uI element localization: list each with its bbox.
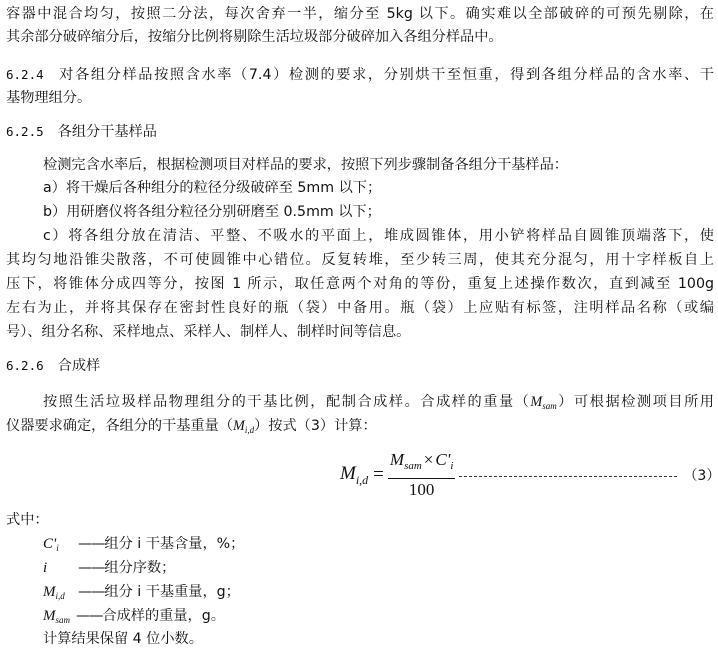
section-6-2-6-para-line-2: 仪器要求确定，各组分的干基重量（Mi,d）按式（3）计算： xyxy=(6,415,377,437)
definition-symbol: i xyxy=(43,557,78,579)
subscript: sam xyxy=(404,460,422,472)
section-text: 对各组分样品按照含水率（7.4）检测的要求，分别烘干至恒重，得到各组分样品的含水… xyxy=(58,67,714,83)
section-6-2-4-line-1: 6.2.4对各组分样品按照含水率（7.4）检测的要求，分别烘干至恒重，得到各组分… xyxy=(6,64,714,86)
definition-m-sam: Msam——合成样的重量，g。 xyxy=(43,605,225,627)
section-6-2-5-intro: 检测完含水率后，根据检测项目对样品的要求，按照下列步骤制备各组分干基样品： xyxy=(43,154,568,176)
denominator: 100 xyxy=(409,479,435,501)
precision-note: 计算结果保留 4 位小数。 xyxy=(43,628,203,650)
symbol: i xyxy=(43,560,47,576)
em-dash: —— xyxy=(76,608,102,624)
em-dash: —— xyxy=(78,560,104,576)
symbol: M xyxy=(43,584,56,600)
numerator: Msam×C'i xyxy=(388,450,456,479)
step-c-line-3: 压下，将锥体分成四等分，按图 1 所示，取任意两个对角的等份，重复上述操作数次，… xyxy=(6,273,714,295)
step-a: a）将干燥后各种组分的粒径分级破碎至 5mm 以下； xyxy=(43,177,381,199)
intro-line-2: 其余部分破碎缩分后，按缩分比例将剔除生活垃圾部分破碎加入各组分样品中。 xyxy=(6,26,503,48)
formula-3: Mi,d = Msam×C'i 100 （3） xyxy=(340,450,718,500)
equation-number: （3） xyxy=(683,465,718,485)
subscript: i,d xyxy=(245,425,254,435)
definition-c-i: C'i——组分 i 干基含量，%； xyxy=(43,533,244,555)
definition-symbol: C'i xyxy=(43,533,78,559)
step-b: b）用研磨仪将各组分粒径分别研磨至 0.5mm 以下； xyxy=(43,201,381,223)
section-number: 6.2.6 xyxy=(6,358,44,373)
section-6-2-4-line-2: 基物理组分。 xyxy=(6,87,91,109)
symbol: M xyxy=(233,418,245,434)
intro-line-1: 容器中混合均匀，按照二分法，每次舍弃一半，缩分至 5kg 以下。确实难以全部破碎… xyxy=(6,3,714,25)
definition-text: 组分 i 干基重量，g； xyxy=(104,584,239,600)
symbol: M xyxy=(340,463,356,484)
step-c-line-1: c）将各组分放在清洁、平整、不吸水的平面上，堆成圆锥体，用小铲将样品自圆锥顶端落… xyxy=(43,225,714,247)
where-label: 式中： xyxy=(6,509,49,531)
step-c-line-5: 号）、组分名称、采样地点、采样人、制样人、制样时间等信息。 xyxy=(6,321,410,343)
subscript: sam xyxy=(542,401,557,411)
symbol: C' xyxy=(43,536,56,552)
subscript: sam xyxy=(56,615,71,625)
em-dash: —— xyxy=(78,536,104,552)
definition-text: 组分 i 干基含量，%； xyxy=(104,536,244,552)
para-text: 仪器要求确定，各组分的干基重量（ xyxy=(6,418,233,434)
symbol: M xyxy=(390,450,404,469)
document-page: 容器中混合均匀，按照二分法，每次舍弃一半，缩分至 5kg 以下。确实难以全部破碎… xyxy=(0,0,718,651)
step-c-line-2: 其均匀地沿锥尖散落，不可使圆锥中心错位。反复转堆，至少转三周，使其充分混匀，用十… xyxy=(6,249,714,271)
section-6-2-5-heading: 6.2.5各组分干基样品 xyxy=(6,121,157,143)
fraction: Msam×C'i 100 xyxy=(388,450,456,501)
section-6-2-6-heading: 6.2.6合成样 xyxy=(6,355,100,377)
subscript: i xyxy=(56,543,59,553)
para-text: ）按式（3）计算： xyxy=(254,418,377,434)
definition-text: 合成样的重量，g。 xyxy=(102,608,225,624)
symbol: M xyxy=(530,394,542,410)
step-c-line-4: 左右为止，并将其保存在密封性良好的瓶（袋）中备用。瓶（袋）上应贴有标签，注明样品… xyxy=(6,297,714,319)
definition-i: i——组分序数； xyxy=(43,557,175,579)
dotted-leader xyxy=(459,476,677,477)
em-dash: —— xyxy=(78,584,104,600)
para-text: 按照生活垃圾样品物理组分的干基比例，配制合成样。合成样的重量（ xyxy=(43,394,530,410)
definition-symbol: Mi,d xyxy=(43,581,78,607)
para-text: ）可根据检测项目所用 xyxy=(557,394,714,410)
subscript: i,d xyxy=(356,473,368,487)
m-id-symbol: Mi,d xyxy=(233,418,254,434)
section-title: 合成样 xyxy=(58,358,101,374)
equals-sign: = xyxy=(373,464,384,486)
formula-lhs: Mi,d xyxy=(340,463,368,488)
section-title: 各组分干基样品 xyxy=(58,124,157,140)
symbol: M xyxy=(43,608,56,624)
symbol: C' xyxy=(435,450,450,469)
m-sam-symbol: Msam xyxy=(530,394,556,410)
definition-text: 组分序数； xyxy=(104,560,175,576)
section-number: 6.2.5 xyxy=(6,124,44,139)
subscript: i xyxy=(450,460,453,472)
section-6-2-6-para-line-1: 按照生活垃圾样品物理组分的干基比例，配制合成样。合成样的重量（Msam）可根据检… xyxy=(43,391,714,413)
section-number: 6.2.4 xyxy=(6,67,44,82)
subscript: i,d xyxy=(56,591,65,601)
definition-m-id: Mi,d——组分 i 干基重量，g； xyxy=(43,581,240,603)
times-sign: × xyxy=(424,450,434,469)
